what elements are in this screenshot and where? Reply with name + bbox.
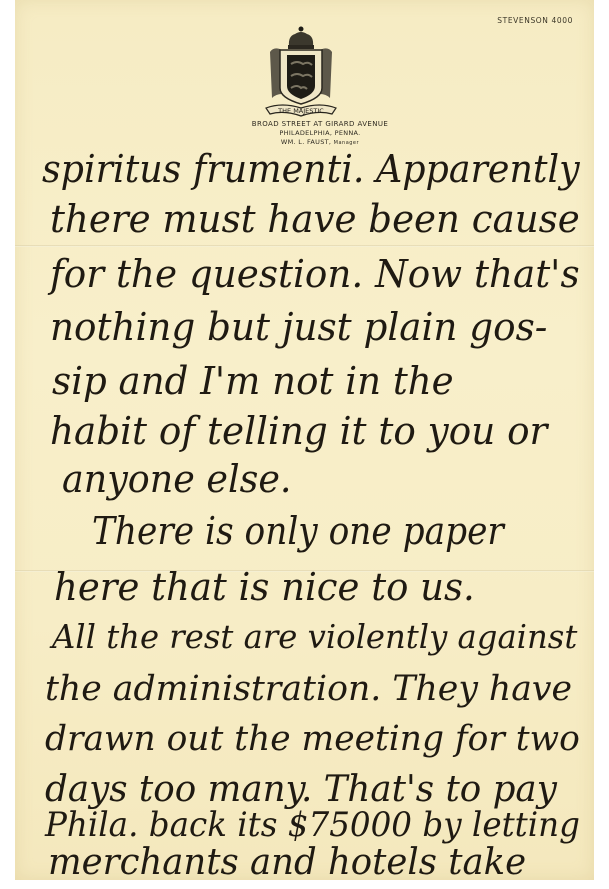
letter-line: days too many. That's to pay [45,772,580,808]
letter-line: here that is nice to us. [54,568,580,606]
letter-line: for the question. Now that's [50,255,580,293]
letter-line: There is only one paper [92,512,580,550]
letter-line: anyone else. [62,460,580,498]
letter-line: All the rest are violently against [52,620,580,653]
letter-line: drawn out the meeting for two [45,722,576,757]
crest-banner-text: THE MAJESTIC [277,107,324,115]
letterhead-address: BROAD STREET AT GIRARD AVENUE PHILADELPH… [230,120,410,148]
manager-name: WM. L. FAUST, [281,138,331,146]
letter-line: merchants and hotels take [48,845,580,881]
phone-number: STEVENSON 4000 [497,16,573,25]
letter-line: the administration. They have [45,672,580,707]
letter-line: nothing but just plain gos- [50,308,580,346]
letter-line: habit of telling it to you or [50,412,580,450]
letter-line: sip and I'm not in the [52,362,580,400]
hotel-crest-icon: THE MAJESTIC [262,24,340,120]
address-city: PHILADELPHIA, PENNA. [230,129,410,138]
letter-line: there must have been cause [50,200,578,238]
letter-line: spiritus frumenti. Apparently [42,150,559,188]
address-street: BROAD STREET AT GIRARD AVENUE [230,120,410,129]
manager-title: Manager [334,140,359,146]
fold-line [15,245,594,247]
letter-line: Phila. back its $75000 by letting [45,808,562,842]
